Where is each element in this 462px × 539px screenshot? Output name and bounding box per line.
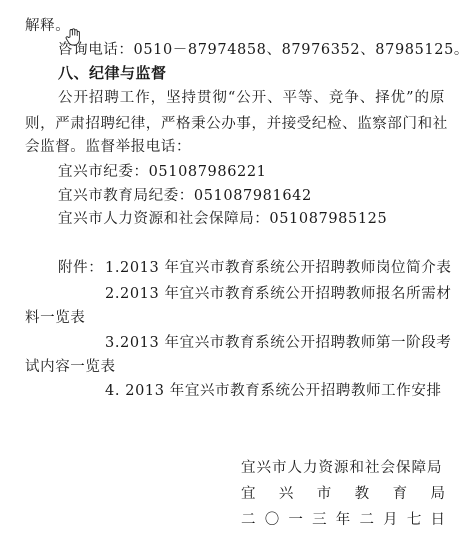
date-char: 二 [241, 511, 256, 529]
text-line: 公开招聘工作，坚持贯彻“公开、平等、竞争、择优”的原 [58, 89, 445, 107]
section-heading: 八、纪律与监督 [58, 64, 167, 82]
attachments-label: 附件： [58, 259, 103, 277]
text-line: 则，严肃招聘纪律，严格秉公办事，并接受纪检、监察部门和社 [25, 115, 445, 133]
attachment-item-cont: 料一览表 [25, 309, 85, 327]
date-char: 〇 [265, 511, 280, 529]
signature-org-education: 宜 兴 市 教 育 局 [241, 485, 445, 503]
date-char: 二 [359, 511, 374, 529]
sig-char: 宜 [241, 485, 256, 503]
signature-date: 二 〇 一 三 年 二 月 七 日 [241, 511, 445, 529]
consult-phone-line: 咨询电话：0510－87974858、87976352、87985125。 [58, 41, 462, 59]
date-char: 日 [431, 511, 446, 529]
attachment-item: 3.2013 年宜兴市教育系统公开招聘教师第一阶段考 [105, 334, 445, 352]
date-char: 月 [383, 511, 398, 529]
attachment-item: 4. 2013 年宜兴市教育系统公开招聘教师工作安排 [105, 382, 442, 400]
text-line: 会监督。监督举报电话： [25, 138, 191, 156]
report-phone-line: 宜兴市纪委：051087986221 [58, 163, 267, 181]
sig-char: 教 [355, 485, 370, 503]
date-char: 一 [288, 511, 303, 529]
hand-pointer-icon [64, 27, 82, 47]
attachment-item: 2.2013 年宜兴市教育系统公开招聘教师报名所需材 [105, 285, 445, 303]
sig-char: 育 [393, 485, 408, 503]
date-char: 七 [407, 511, 422, 529]
sig-char: 兴 [279, 485, 294, 503]
date-char: 年 [336, 511, 351, 529]
sig-char: 局 [430, 485, 445, 503]
sig-char: 市 [317, 485, 332, 503]
attachment-item: 1.2013 年宜兴市教育系统公开招聘教师岗位简介表 [105, 259, 445, 277]
report-phone-line: 宜兴市人力资源和社会保障局：051087985125 [58, 210, 387, 228]
signature-text: 宜兴市人力资源和社会保障局 [241, 459, 443, 477]
report-phone-line: 宜兴市教育局纪委：051087981642 [58, 187, 312, 205]
signature-org-hrss: 宜兴市人力资源和社会保障局 [241, 459, 445, 477]
date-char: 三 [312, 511, 327, 529]
attachment-item-cont: 试内容一览表 [25, 358, 116, 376]
